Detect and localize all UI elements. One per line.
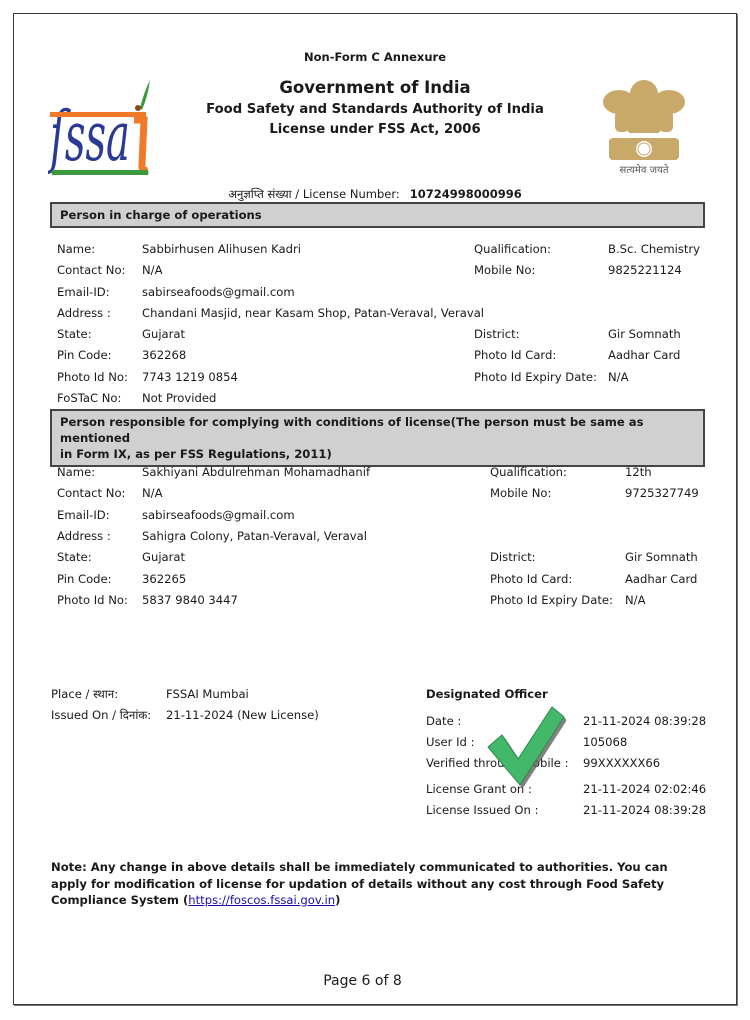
section-header-operations: Person in charge of operations: [50, 202, 705, 228]
foscos-link[interactable]: https://foscos.fssai.gov.in: [188, 893, 335, 907]
section-header-responsible-person: Person responsible for complying with co…: [50, 409, 705, 467]
svg-text:सत्यमेव जयते: सत्यमेव जयते: [619, 164, 668, 176]
page-number: Page 6 of 8: [0, 973, 725, 989]
authority-title: Food Safety and Standards Authority of I…: [0, 102, 750, 117]
license-act-title: License under FSS Act, 2006: [0, 122, 750, 137]
verified-checkmark-icon: [482, 703, 566, 787]
license-number-label: अनुज्ञप्ति संख्या / License Number:: [228, 187, 400, 201]
license-number-line: अनुज्ञप्ति संख्या / License Number:10724…: [0, 187, 750, 202]
government-title: Government of India: [0, 78, 750, 97]
license-number-value: 10724998000996: [410, 187, 522, 201]
annexure-title: Non-Form C Annexure: [0, 50, 750, 64]
designated-officer-title: Designated Officer: [426, 687, 548, 701]
note-text: Note: Any change in above details shall …: [51, 859, 701, 909]
